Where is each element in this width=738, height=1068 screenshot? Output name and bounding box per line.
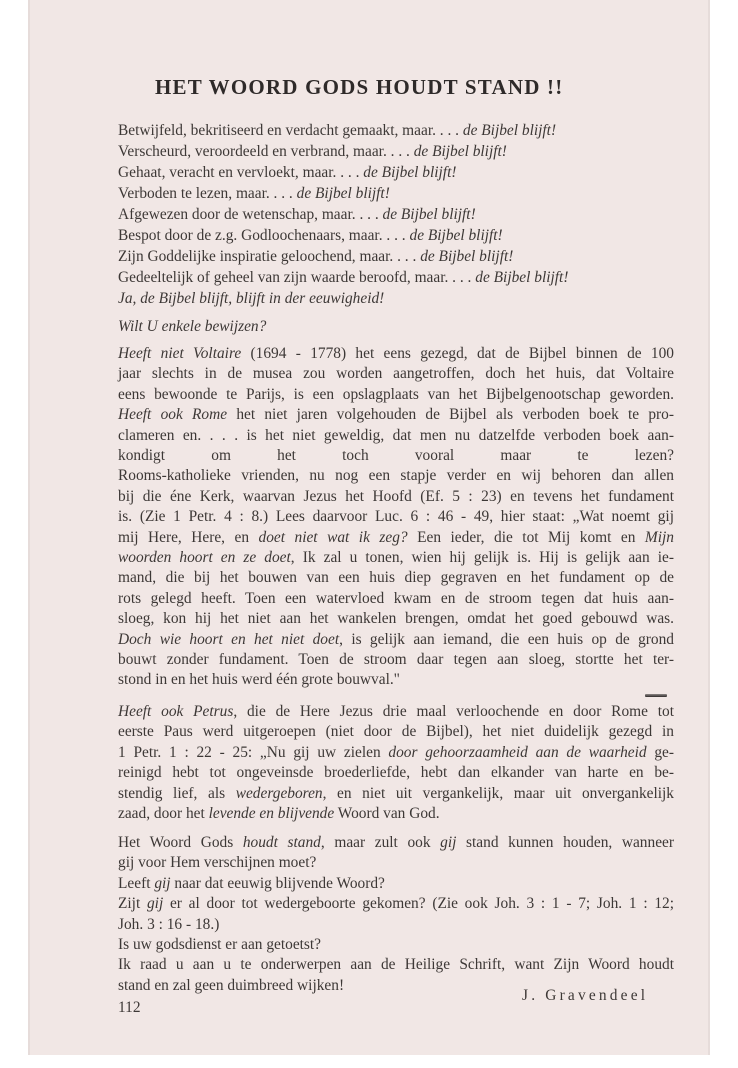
body-text: naar dat eeuwig blijvende Woord?: [171, 875, 385, 892]
text-line: mij Here, Here, en doet niet wat ik zeg?…: [118, 527, 674, 548]
text-line: Leeft gij naar dat eeuwig blijvende Woor…: [118, 873, 385, 894]
body-text: mand, die bij het bouwen van een huis di…: [118, 569, 674, 586]
body-text: Rooms-katholieke vrienden, nu nog een st…: [118, 467, 674, 484]
body-text: er al door tot wedergeboorte gekomen? (Z…: [163, 895, 674, 912]
body-text: Ik raad u aan u te onderwerpen aan de He…: [118, 956, 674, 973]
text-line: gij voor Hem verschijnen moet?: [118, 852, 316, 873]
body-text: eerste Paus werd uitgeroepen (niet door …: [118, 723, 674, 740]
text-line: jaar slechts in de musea zou worden aang…: [118, 363, 674, 384]
question-heading: Wilt U enkele bewijzen?: [118, 316, 266, 337]
stanza-line: Verboden te lezen, maar. . . . de Bijbel…: [118, 183, 390, 204]
emphasis-text: Doch wie hoort en het niet doet: [118, 631, 339, 648]
body-text: , maar zult ook: [321, 834, 440, 851]
text-line: bij die éne Kerk, waarvan Jezus het Hoof…: [118, 486, 674, 507]
body-text: het niet jaren volgehouden de Bijbel als…: [227, 406, 674, 423]
body-text: , is gelijk aan iemand, die een huis op …: [339, 631, 674, 648]
body-text: kondigt om het toch vooral maar te lezen…: [118, 447, 674, 464]
emphasis-text: Heeft ook Petrus: [118, 703, 233, 720]
text-line: Heeft ook Petrus, die de Here Jezus drie…: [118, 701, 674, 722]
stanza-line: Bespot door de z.g. Godloochenaars, maar…: [118, 225, 503, 246]
body-text: bij die éne Kerk, waarvan Jezus het Hoof…: [118, 488, 674, 505]
emphasis-text: gij: [440, 834, 456, 851]
stanza-refrain: de Bijbel blijft!: [420, 248, 513, 265]
body-text: bouwt zonder fundament. Toen de stroom d…: [118, 651, 674, 668]
stanza-refrain: de Bijbel blijft!: [383, 206, 476, 223]
stanza-line: Gehaat, veracht en vervloekt, maar. . . …: [118, 162, 456, 183]
text-line: Zijt gij er al door tot wedergeboorte ge…: [118, 893, 674, 914]
stanza-text: Gehaat, veracht en vervloekt, maar. . . …: [118, 164, 363, 181]
body-text: reinigd hebt tot ongeveinsde broederlief…: [118, 764, 674, 781]
body-text: Joh. 3 : 16 - 18.): [118, 916, 219, 933]
body-text: clameren en. . . . is het niet geweldig,…: [118, 427, 674, 444]
body-text: 1 Petr. 1 : 22 - 25: „Nu gij uw zielen: [118, 744, 388, 761]
text-line: mand, die bij het bouwen van een huis di…: [118, 567, 674, 588]
text-line: Het Woord Gods houdt stand, maar zult oo…: [118, 832, 674, 853]
text-line: Heeft ook Rome het niet jaren volgehoude…: [118, 404, 674, 425]
text-line: eerste Paus werd uitgeroepen (niet door …: [118, 721, 674, 742]
text-line: eens bewoonde te Parijs, is een opslagpl…: [118, 384, 674, 405]
page-title: HET WOORD GODS HOUDT STAND !!: [155, 75, 615, 100]
text-line: Joh. 3 : 16 - 18.): [118, 914, 219, 935]
stanza-text: Bespot door de z.g. Godloochenaars, maar…: [118, 227, 410, 244]
body-text: eens bewoonde te Parijs, is een opslagpl…: [118, 386, 674, 403]
text-line: zaad, door het levende en blijvende Woor…: [118, 803, 440, 824]
emphasis-text: gij: [147, 895, 163, 912]
text-line: rots gelegd heeft. Toen een watervloed k…: [118, 588, 674, 609]
body-text: Leeft: [118, 875, 154, 892]
stanza-refrain: de Bijbel blijft!: [414, 143, 507, 160]
page-number: 112: [118, 999, 141, 1017]
emphasis-text: doet niet wat ik zeg?: [259, 529, 408, 546]
stanza-refrain: de Bijbel blijft!: [410, 227, 503, 244]
body-text: sloeg, kon hij het niet aan het wankelen…: [118, 610, 674, 627]
body-text: stand en zal geen duimbreed wijken!: [118, 977, 344, 994]
author-signature: J. Gravendeel: [522, 985, 648, 1006]
body-text: rots gelegd heeft. Toen een watervloed k…: [118, 590, 674, 607]
body-text: Het Woord Gods: [118, 834, 243, 851]
emphasis-text: Mijn: [645, 529, 674, 546]
text-line: stand en zal geen duimbreed wijken!: [118, 975, 344, 996]
text-line: woorden hoort en ze doet, Ik zal u tonen…: [118, 547, 674, 568]
emphasis-text: levende en blijvende: [209, 805, 335, 822]
body-text: jaar slechts in de musea zou worden aang…: [118, 365, 674, 382]
stanza-text: Verboden te lezen, maar. . . .: [118, 185, 297, 202]
body-text: Een ieder, die tot Mij komt en: [408, 529, 645, 546]
text-line: Ik raad u aan u te onderwerpen aan de He…: [118, 954, 674, 975]
margin-mark: [645, 694, 667, 697]
emphasis-text: Heeft niet Voltaire: [118, 345, 241, 362]
text-line: sloeg, kon hij het niet aan het wankelen…: [118, 608, 674, 629]
body-text: , die de Here Jezus drie maal verloochen…: [233, 703, 674, 720]
stanza-text: Afgewezen door de wetenschap, maar. . . …: [118, 206, 383, 223]
stanza-line: Afgewezen door de wetenschap, maar. . . …: [118, 204, 476, 225]
text-line: clameren en. . . . is het niet geweldig,…: [118, 425, 674, 446]
emphasis-text: Heeft ook Rome: [118, 406, 227, 423]
text-line: kondigt om het toch vooral maar te lezen…: [118, 445, 674, 466]
stanza-text: Gedeeltelijk of geheel van zijn waarde b…: [118, 269, 475, 286]
stanza-line: Verscheurd, veroordeeld en verbrand, maa…: [118, 141, 507, 162]
text-line: Rooms-katholieke vrienden, nu nog een st…: [118, 465, 674, 486]
text-line: stond in en het huis werd één grote bouw…: [118, 669, 400, 690]
text-line: Doch wie hoort en het niet doet, is geli…: [118, 629, 674, 650]
stanza-line: Zijn Goddelijke inspiratie geloochend, m…: [118, 246, 513, 267]
emphasis-text: wedergeboren: [236, 785, 323, 802]
body-text: is. (Zie 1 Petr. 4 : 8.) Lees daarvoor L…: [118, 508, 674, 525]
stanza-text: Verscheurd, veroordeeld en verbrand, maa…: [118, 143, 414, 160]
body-text: , Ik zal u tonen, wien hij gelijk is. Hi…: [291, 549, 674, 566]
body-text: Zijt: [118, 895, 147, 912]
body-text: stond in en het huis werd één grote bouw…: [118, 671, 400, 688]
text-line: 1 Petr. 1 : 22 - 25: „Nu gij uw zielen d…: [118, 742, 674, 763]
body-text: ge-: [647, 744, 674, 761]
body-text: (1694 - 1778) het eens gezegd, dat de Bi…: [241, 345, 674, 362]
stanza-text: Betwijfeld, bekritiseerd en verdacht gem…: [118, 122, 463, 139]
text-line: Heeft niet Voltaire (1694 - 1778) het ee…: [118, 343, 674, 364]
body-text: mij Here, Here, en: [118, 529, 259, 546]
body-text: , en niet uit vergankelijk, maar uit onv…: [323, 785, 674, 802]
stanza-refrain: de Bijbel blijft!: [463, 122, 556, 139]
emphasis-text: door gehoorzaamheid aan de waarheid: [388, 744, 646, 761]
body-text: stendig lief, als: [118, 785, 236, 802]
body-text: stand kunnen houden, wanneer: [456, 834, 674, 851]
text-line: is. (Zie 1 Petr. 4 : 8.) Lees daarvoor L…: [118, 506, 674, 527]
stanza-text: Zijn Goddelijke inspiratie geloochend, m…: [118, 248, 420, 265]
text-line: bouwt zonder fundament. Toen de stroom d…: [118, 649, 674, 670]
stanza-refrain: de Bijbel blijft!: [475, 269, 568, 286]
body-text: zaad, door het: [118, 805, 209, 822]
stanza-line: Betwijfeld, bekritiseerd en verdacht gem…: [118, 120, 556, 141]
emphasis-text: woorden hoort en ze doet: [118, 549, 291, 566]
body-text: Woord van God.: [334, 805, 439, 822]
stanza-refrain: de Bijbel blijft!: [297, 185, 390, 202]
text-line: stendig lief, als wedergeboren, en niet …: [118, 783, 674, 804]
emphasis-text: gij: [154, 875, 170, 892]
emphasis-text: houdt stand: [243, 834, 321, 851]
body-text: Is uw godsdienst er aan getoetst?: [118, 936, 321, 953]
text-line: Is uw godsdienst er aan getoetst?: [118, 934, 321, 955]
body-text: gij voor Hem verschijnen moet?: [118, 854, 316, 871]
text-line: reinigd hebt tot ongeveinsde broederlief…: [118, 762, 674, 783]
stanza-line: Gedeeltelijk of geheel van zijn waarde b…: [118, 267, 568, 288]
stanza-refrain: de Bijbel blijft!: [363, 164, 456, 181]
stanza-closing-line: Ja, de Bijbel blijft, blijft in der eeuw…: [118, 288, 384, 309]
